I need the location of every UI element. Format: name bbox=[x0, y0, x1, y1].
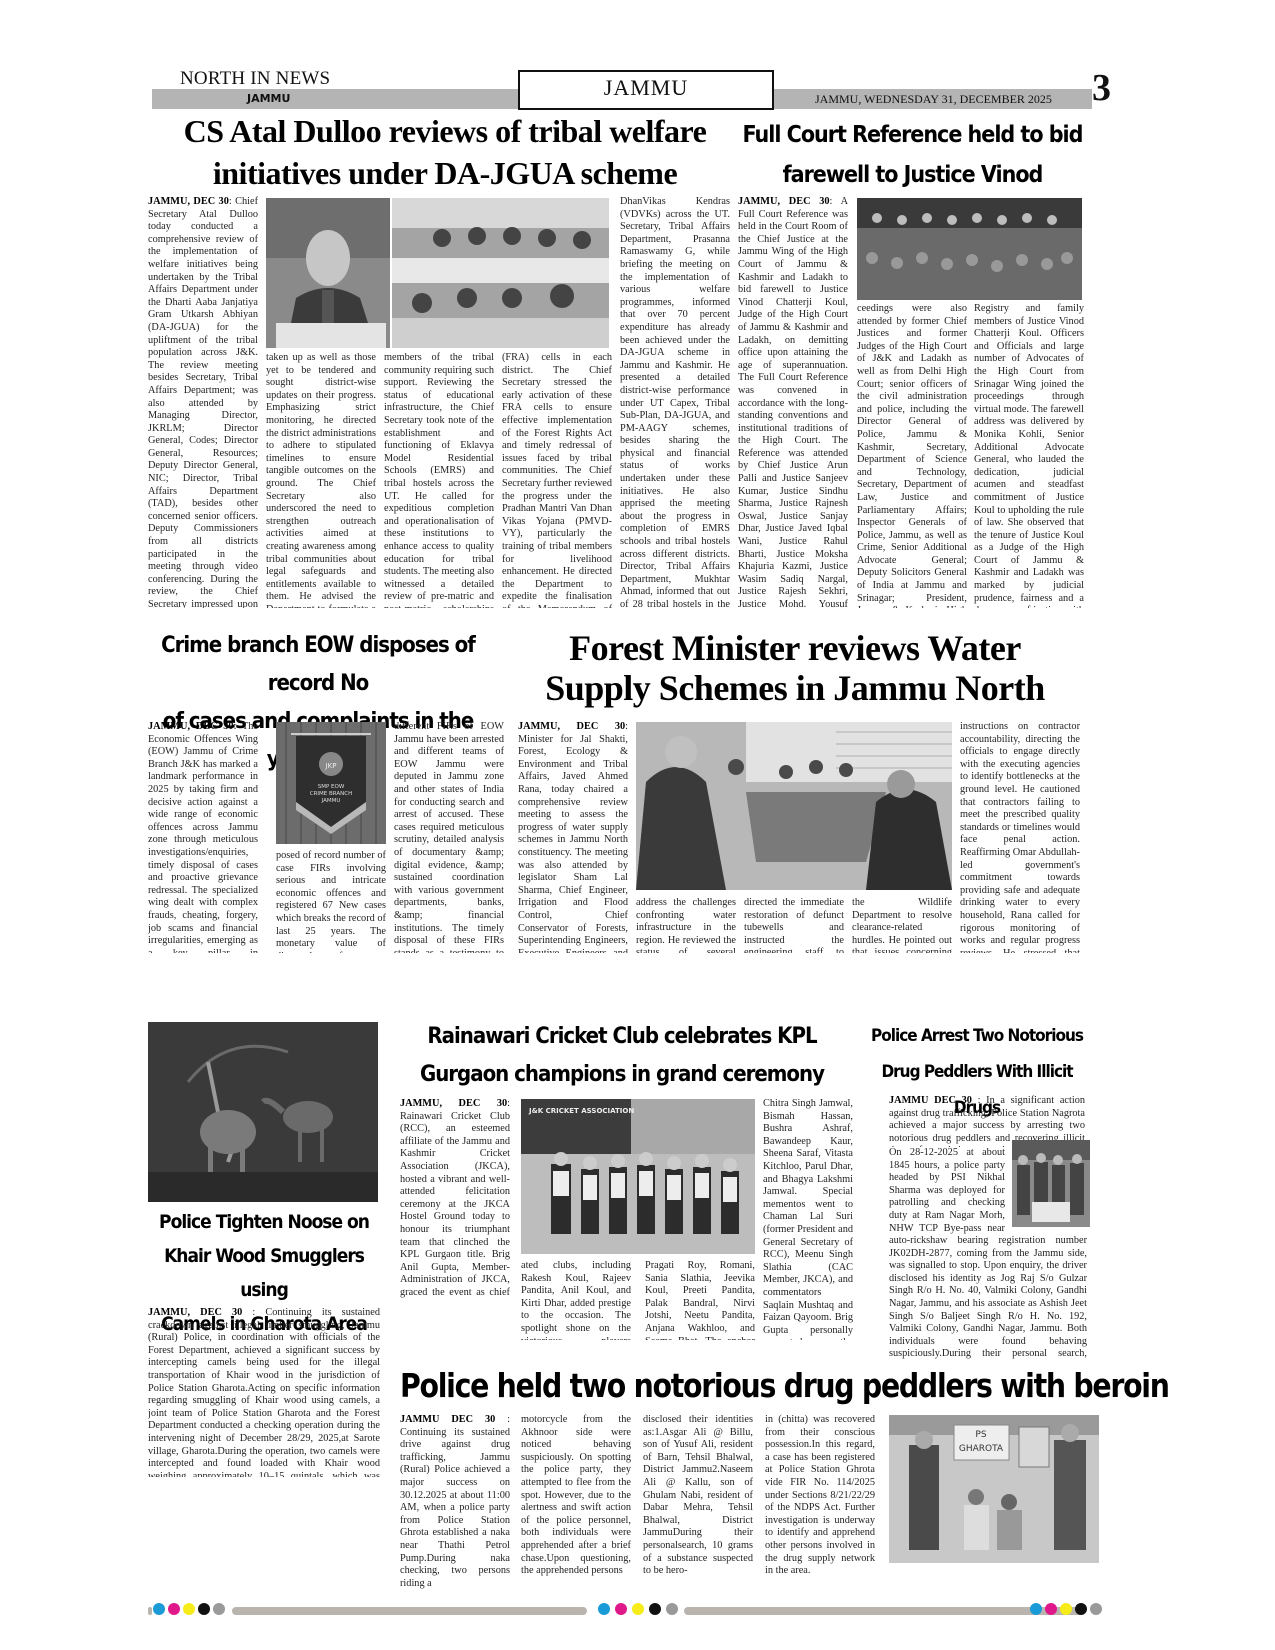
footer-bar-left bbox=[232, 1607, 587, 1615]
article-column: disclosed their identities as:1.Asgar Al… bbox=[643, 1414, 753, 1594]
headline-line: Police Tighten Noose on bbox=[148, 1205, 380, 1239]
paper-name: NORTH IN NEWS bbox=[180, 68, 330, 90]
headline-line: Gurgaon champions in grand ceremony bbox=[392, 1056, 852, 1094]
black-dot-icon bbox=[198, 1603, 210, 1615]
article-column: (FRA) cells in each district. The Chief … bbox=[502, 352, 612, 608]
svg-text:GHAROTA: GHAROTA bbox=[959, 1444, 1004, 1454]
article-dateline: JAMMU, DEC 30 bbox=[738, 196, 830, 207]
section-box: JAMMU bbox=[518, 70, 774, 110]
article-column: the Wildlife Department to resolve clear… bbox=[852, 897, 952, 953]
headline-line: Khair Wood Smugglers using bbox=[148, 1239, 380, 1307]
magenta-dot-icon bbox=[1045, 1603, 1057, 1615]
article-text: Continuing its sustained crackdown again… bbox=[148, 1307, 380, 1477]
article-column: in (chitta) was recovered from their con… bbox=[765, 1414, 875, 1594]
headline: Police held two notorious drug peddlers … bbox=[400, 1366, 1088, 1406]
svg-text:PS: PS bbox=[975, 1430, 986, 1440]
article-column: JAMMU DEC 30 : Continuing its sustained … bbox=[400, 1414, 510, 1594]
article-column: Pragati Roy, Romani, Sania Slathia, Jeev… bbox=[645, 1260, 755, 1340]
article-dateline: JAMMU, DEC 30 bbox=[400, 1098, 507, 1109]
photo-ps-gharota: PSGHAROTA bbox=[889, 1415, 1099, 1563]
article-column: JAMMU, DEC 30: Chief Secretary Atal Dull… bbox=[148, 196, 258, 608]
article-column: Chitra Singh Jamwal, Bismah Hassan, Bush… bbox=[763, 1098, 853, 1340]
page-number: 3 bbox=[1092, 68, 1111, 108]
gray-dot-icon bbox=[666, 1603, 678, 1615]
cyan-dot-icon bbox=[1030, 1603, 1042, 1615]
article-column: directed the immediate restoration of de… bbox=[744, 897, 844, 953]
headline-line: Crime branch EOW disposes of record No bbox=[148, 627, 488, 703]
article-text: Rainawari Cricket Club (RCC), an esteeme… bbox=[400, 1111, 510, 1298]
article-column: DhanVikas Kendras (VDVKs) across the UT.… bbox=[620, 196, 730, 608]
photo-cricket-team: J&K CRICKET ASSOCIATION bbox=[521, 1099, 755, 1254]
yellow-dot-icon bbox=[1060, 1603, 1072, 1615]
article-text: Minister for Jal Shakti, Forest, Ecology… bbox=[518, 734, 628, 953]
article-text: A Full Court Reference was held in the C… bbox=[738, 196, 848, 608]
magenta-dot-icon bbox=[168, 1603, 180, 1615]
article-column: ceedings were also attended by former Ch… bbox=[857, 303, 967, 608]
photo-camels-night bbox=[148, 1022, 378, 1202]
headline: Rainawari Cricket Club celebrates KPL Gu… bbox=[392, 1018, 852, 1094]
footer-bar-right bbox=[684, 1607, 1084, 1615]
headline: CS Atal Dulloo reviews of tribal welfare… bbox=[145, 110, 745, 194]
article-column: auto-rickshaw bearing registration numbe… bbox=[889, 1235, 1087, 1360]
article-column: Registry and family members of Justice V… bbox=[974, 303, 1084, 608]
headline-line: Forest Minister reviews Water bbox=[505, 628, 1085, 668]
yellow-dot-icon bbox=[632, 1603, 644, 1615]
article-dateline: JAMMU, DEC 30 bbox=[518, 721, 625, 732]
article-column: JAMMU, DEC 30 : Continuing its sustained… bbox=[148, 1307, 380, 1477]
footer-bar-left-cap bbox=[148, 1607, 152, 1615]
article-column: JAMMU, DEC 30: The Economic Offences Win… bbox=[148, 721, 258, 953]
article-text: Continuing its sustained drive against d… bbox=[400, 1427, 510, 1589]
article-column: ated clubs, including Rakesh Koul, Rajee… bbox=[521, 1260, 631, 1340]
article-dateline: JAMMU DEC 30 bbox=[889, 1095, 972, 1106]
article-column: posed of record number of case FIRs invo… bbox=[276, 850, 386, 953]
headline-line: Full Court Reference held to bid bbox=[740, 115, 1085, 155]
edition-label: JAMMU bbox=[247, 92, 290, 105]
article-column: address the challenges confronting water… bbox=[636, 897, 736, 953]
article-dateline: JAMMU, DEC 30 bbox=[148, 196, 229, 207]
headline: Forest Minister reviews Water Supply Sch… bbox=[505, 628, 1085, 708]
dateline: JAMMU, WEDNESDAY 31, DECEMBER 2025 bbox=[815, 92, 1052, 107]
gray-dot-icon bbox=[1090, 1603, 1102, 1615]
headline-line: Supply Schemes in Jammu North bbox=[505, 668, 1085, 708]
svg-text:J&K CRICKET ASSOCIATION: J&K CRICKET ASSOCIATION bbox=[528, 1107, 634, 1115]
photo-review-meeting bbox=[392, 198, 609, 348]
svg-text:JKP: JKP bbox=[325, 762, 337, 770]
article-text: The Economic Offences Wing (EOW) Jammu o… bbox=[148, 721, 258, 953]
article-column: taken up as well as those yet to be tend… bbox=[266, 352, 376, 608]
cyan-dot-icon bbox=[598, 1603, 610, 1615]
yellow-dot-icon bbox=[183, 1603, 195, 1615]
article-column: JAMMU, DEC 30: Rainawari Cricket Club (R… bbox=[400, 1098, 510, 1298]
headline-line: Police Arrest Two Notorious bbox=[866, 1018, 1088, 1054]
article-column: On 28-12-2025 at about 1845 hours, a pol… bbox=[889, 1147, 1005, 1235]
photo-court-room bbox=[857, 198, 1082, 300]
article-column: JAMMU, DEC 30: Minister for Jal Shakti, … bbox=[518, 721, 628, 953]
headline-line: CS Atal Dulloo reviews of tribal welfare bbox=[145, 110, 745, 152]
black-dot-icon bbox=[649, 1603, 661, 1615]
headline-line: initiatives under DA-JGUA scheme bbox=[145, 152, 745, 194]
article-column: instructions on contractor accountabilit… bbox=[960, 721, 1080, 953]
gray-dot-icon bbox=[213, 1603, 225, 1615]
article-dateline: JAMMU, DEC 30 bbox=[148, 1307, 242, 1318]
svg-text:CRIME BRANCH: CRIME BRANCH bbox=[310, 791, 352, 797]
headline-line: Rainawari Cricket Club celebrates KPL bbox=[392, 1018, 852, 1056]
cyan-dot-icon bbox=[153, 1603, 165, 1615]
svg-text:SMP EOW: SMP EOW bbox=[318, 784, 345, 790]
photo-chief-secretary bbox=[266, 198, 390, 348]
photo-water-review bbox=[636, 722, 952, 890]
photo-nagrota-arrest bbox=[1012, 1140, 1090, 1227]
article-column: JAMMU, DEC 30: A Full Court Reference wa… bbox=[738, 196, 848, 608]
photo-eow-pennant: JKPSMP EOWCRIME BRANCHJAMMU bbox=[276, 722, 386, 844]
article-text: Chief Secretary Atal Dulloo today conduc… bbox=[148, 196, 258, 608]
black-dot-icon bbox=[1075, 1603, 1087, 1615]
svg-text:JAMMU: JAMMU bbox=[321, 798, 341, 804]
article-dateline: JAMMU DEC 30 bbox=[400, 1414, 495, 1425]
article-column: motorcycle from the Akhnoor side were no… bbox=[521, 1414, 631, 1594]
magenta-dot-icon bbox=[615, 1603, 627, 1615]
article-dateline: JAMMU, DEC 30 bbox=[148, 721, 234, 732]
article-column: members of the tribal community requirin… bbox=[384, 352, 494, 608]
article-column: different FIRs of EOW Jammu have been ar… bbox=[394, 721, 504, 953]
